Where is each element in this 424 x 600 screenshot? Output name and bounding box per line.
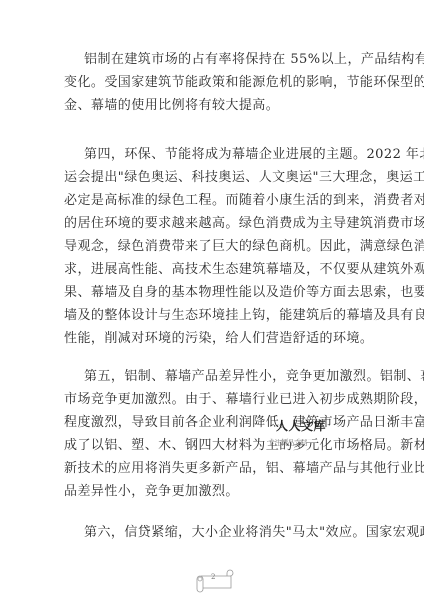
text-line: 变化。受国家建筑节能政策和能源危机的影响，节能环保型的铝合 [64,71,361,94]
paragraph-aluminum-market: 铝制在建筑市场的占有率将保持在 55%以上，产品结构有较大 变化。受国家建筑节能… [64,48,361,117]
text-line: 铝制在建筑市场的占有率将保持在 55%以上，产品结构有较大 [64,48,361,71]
paragraph-point-six: 第六，信贷紧缩，大小企业将消失"马太"效应。国家宏观政策 [64,521,361,544]
text-line: 必定是高标准的绿色工程。而随着小康生活的到来，消费者对自己 [64,189,361,212]
text-line: 导观念，绿色消费带来了巨大的绿色商机。因此，满意绿色消费需 [64,235,361,258]
text-line: 第四，环保、节能将成为幕墙企业进展的主题。2022 年北京奥 [64,143,361,166]
text-line: 求，进展高性能、高技术生态建筑幕墙及，不仅要从建筑外观效 [64,258,361,281]
text-line: 品差异性小，竞争更加激烈。 [64,480,361,503]
text-line: 新技术的应用将消失更多新产品，铝、幕墙产品与其他行业比，产 [64,457,361,480]
paragraph-point-five: 第五，铝制、幕墙产品差异性小，竞争更加激烈。铝制、幕墙 市场竞争更加激烈。由于、… [64,365,361,503]
document-page: 铝制在建筑市场的占有率将保持在 55%以上，产品结构有较大 变化。受国家建筑节能… [0,0,424,600]
text-line: 运会提出"绿色奥运、科技奥运、人文奥运"三大理念，奥运工程也 [64,166,361,189]
page-number-scroll: 2 [193,569,237,593]
text-line: 第五，铝制、幕墙产品差异性小，竞争更加激烈。铝制、幕墙 [64,365,361,388]
text-line: 第六，信贷紧缩，大小企业将消失"马太"效应。国家宏观政策 [64,521,361,544]
watermark-subtitle-text: 专注精品文档 [268,439,307,447]
text-line: 性能，削减对环境的污染，给人们营造舒适的环境。 [64,327,361,350]
text-line: 墙及的整体设计与生态环境挂上钩，能建筑后的幕墙及具有良好的 [64,304,361,327]
text-line: 的居住环境的要求越来越高。绿色消费成为主导建筑消费市场的主 [64,212,361,235]
page-number: 2 [211,573,215,581]
text-line: 市场竞争更加激烈。由于、幕墙行业已进入初步成熟期阶段，竞争 [64,388,361,411]
paragraph-point-four: 第四，环保、节能将成为幕墙企业进展的主题。2022 年北京奥 运会提出"绿色奥运… [64,143,361,350]
watermark-subtitle: 专注精品文档 [268,432,312,442]
text-line: 金、幕墙的使用比例将有较大提高。 [64,94,361,117]
text-line: 成了以铝、塑、木、钢四大材料为主的多元化市场格局。新材料、 [64,434,361,457]
text-line: 果、幕墙及自身的基本物理性能以及造价等方面去思索，也要把幕 [64,281,361,304]
